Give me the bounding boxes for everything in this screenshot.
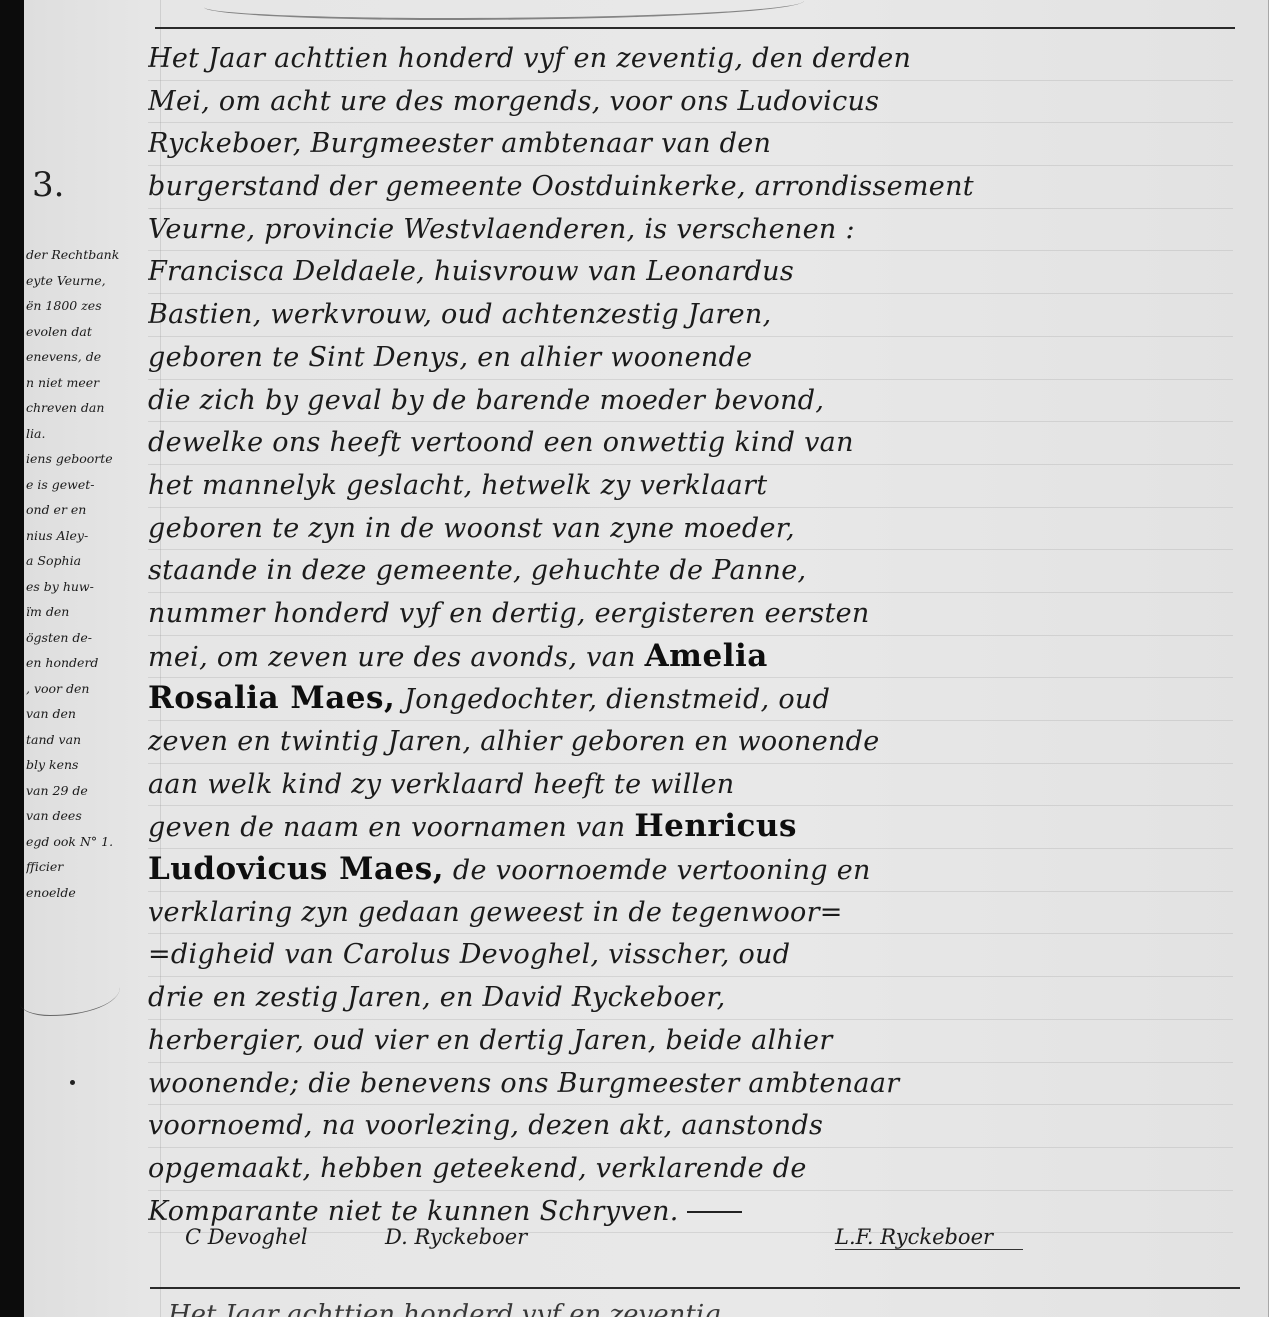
body-line-text: geven de naam en voornamen van bbox=[148, 812, 625, 843]
body-line: Ludovicus Maes, de voornoemde vertooning… bbox=[148, 849, 1233, 892]
margin-note-line: enoelde bbox=[26, 880, 144, 906]
body-line: zeven en twintig Jaren, alhier geboren e… bbox=[148, 721, 1233, 764]
body-line-text: de voornoemde vertooning en bbox=[444, 855, 871, 886]
end-dash bbox=[687, 1211, 742, 1213]
body-line: =digheid van Carolus Devoghel, visscher,… bbox=[148, 934, 1233, 977]
entry-number: 3. bbox=[32, 165, 64, 205]
body-line: geboren te zyn in de woonst van zyne moe… bbox=[148, 508, 1233, 551]
signature-block: C Devoghel D. Ryckeboer L.F. Ryckeboer bbox=[185, 1225, 1185, 1265]
book-binding bbox=[0, 0, 24, 1317]
body-line: dewelke ons heeft vertoond een onwettig … bbox=[148, 422, 1233, 465]
body-line-text: mei, om zeven ure des avonds, van bbox=[148, 642, 636, 673]
margin-note-line: ond er en bbox=[26, 497, 144, 523]
body-line: herbergier, oud vier en dertig Jaren, be… bbox=[148, 1020, 1233, 1063]
margin-note-line: ïm den bbox=[26, 599, 144, 625]
body-line: aan welk kind zy verklaard heeft te will… bbox=[148, 764, 1233, 807]
body-line: opgemaakt, hebben geteekend, verklarende… bbox=[148, 1148, 1233, 1191]
margin-note-line: , voor den bbox=[26, 676, 144, 702]
margin-note-line: ën 1800 zes bbox=[26, 293, 144, 319]
body-line: geven de naam en voornamen van Henricus bbox=[148, 806, 1233, 849]
body-line: die zich by geval by de barende moeder b… bbox=[148, 380, 1233, 423]
body-line: Rosalia Maes, Jongedochter, dienstmeid, … bbox=[148, 678, 1233, 721]
margin-note-line: lia. bbox=[26, 421, 144, 447]
body-line: verklaring zyn gedaan geweest in de tege… bbox=[148, 892, 1233, 935]
body-line: Veurne, provincie Westvlaenderen, is ver… bbox=[148, 209, 1233, 252]
mother-first-name: Amelia bbox=[645, 638, 768, 674]
body-line: Mei, om acht ure des morgends, voor ons … bbox=[148, 81, 1233, 124]
body-line: mei, om zeven ure des avonds, van Amelia bbox=[148, 636, 1233, 679]
body-line: geboren te Sint Denys, en alhier woonend… bbox=[148, 337, 1233, 380]
body-line: Ryckeboer, Burgmeester ambtenaar van den bbox=[148, 123, 1233, 166]
margin-note-line: es by huw- bbox=[26, 574, 144, 600]
margin-note-line: egd ook N° 1. bbox=[26, 829, 144, 855]
signature-witness-1: C Devoghel bbox=[185, 1225, 308, 1249]
body-line: nummer honderd vyf en dertig, eergistere… bbox=[148, 593, 1233, 636]
margin-note-line: ögsten de- bbox=[26, 625, 144, 651]
body-line: woonende; die benevens ons Burgmeester a… bbox=[148, 1063, 1233, 1106]
margin-dot bbox=[70, 1080, 75, 1085]
signature-witness-2: D. Ryckeboer bbox=[385, 1225, 527, 1249]
margin-annotation: der Rechtbank eyte Veurne, ën 1800 zes e… bbox=[26, 242, 144, 905]
margin-note-line: nius Aley- bbox=[26, 523, 144, 549]
margin-note-line: van den bbox=[26, 701, 144, 727]
margin-note-line: der Rechtbank bbox=[26, 242, 144, 268]
mother-name: Rosalia Maes, bbox=[148, 680, 395, 716]
margin-note-line: chreven dan bbox=[26, 395, 144, 421]
body-line: voornoemd, na voorlezing, dezen akt, aan… bbox=[148, 1105, 1233, 1148]
body-line: burgerstand der gemeente Oostduinkerke, … bbox=[148, 166, 1233, 209]
margin-note-line: en honderd bbox=[26, 650, 144, 676]
child-name: Ludovicus Maes, bbox=[148, 851, 444, 887]
body-line: Het Jaar achttien honderd vyf en zeventi… bbox=[148, 38, 1233, 81]
margin-note-line: tand van bbox=[26, 727, 144, 753]
body-line: Bastien, werkvrouw, oud achtenzestig Jar… bbox=[148, 294, 1233, 337]
body-line-text: Komparante niet te kunnen Schryven. bbox=[148, 1196, 679, 1227]
margin-note-line: van 29 de bbox=[26, 778, 144, 804]
margin-note-line: fficier bbox=[26, 854, 144, 880]
margin-note-line: iens geboorte bbox=[26, 446, 144, 472]
margin-note-line: n niet meer bbox=[26, 370, 144, 396]
header-flourish bbox=[204, 0, 804, 20]
child-first-name: Henricus bbox=[634, 808, 797, 844]
margin-note-line: enevens, de bbox=[26, 344, 144, 370]
margin-note-line: van dees bbox=[26, 803, 144, 829]
body-line: Francisca Deldaele, huisvrouw van Leonar… bbox=[148, 251, 1233, 294]
body-line: drie en zestig Jaren, en David Ryckeboer… bbox=[148, 977, 1233, 1020]
margin-note-line: bly kens bbox=[26, 752, 144, 778]
signature-official: L.F. Ryckeboer bbox=[835, 1225, 1023, 1250]
bottom-separator-rule bbox=[150, 1287, 1240, 1289]
body-line-text: Jongedochter, dienstmeid, oud bbox=[395, 684, 830, 715]
body-line: staande in deze gemeente, gehuchte de Pa… bbox=[148, 550, 1233, 593]
next-entry-fragment: Het Jaar achttien honderd vyf en zeventi… bbox=[168, 1295, 1228, 1317]
margin-note-line: evolen dat bbox=[26, 319, 144, 345]
margin-note-line: a Sophia bbox=[26, 548, 144, 574]
margin-note-line: e is gewet- bbox=[26, 472, 144, 498]
body-line: het mannelyk geslacht, hetwelk zy verkla… bbox=[148, 465, 1233, 508]
top-separator-rule bbox=[155, 27, 1235, 29]
margin-note-line: eyte Veurne, bbox=[26, 268, 144, 294]
record-body: Het Jaar achttien honderd vyf en zeventi… bbox=[148, 38, 1233, 1233]
